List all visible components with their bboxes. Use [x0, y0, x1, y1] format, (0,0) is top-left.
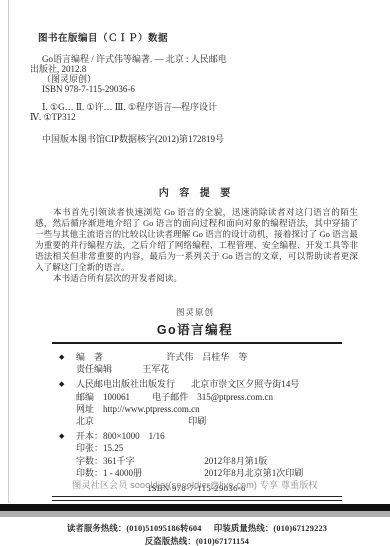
- book-copyright-page: 图书在版编目（ＣＩＰ）数据 Go语言编程 / 许式伟等编著. — 北京 : 人民…: [0, 0, 390, 546]
- sheets: 印张：15.25: [76, 443, 123, 453]
- hotline-line-1: 读者服务热线：(010)51095186转604 印装质量热线：(010)671…: [52, 522, 342, 534]
- edition: 2012年8月第1版: [204, 456, 267, 466]
- cip-section: 图书在版编目（ＣＩＰ）数据 Go语言编程 / 许式伟等编著. — 北京 : 人民…: [0, 0, 390, 144]
- quality-hotline: 印装质量热线：(010)67129223: [214, 524, 327, 533]
- cip-heading: 图书在版编目（ＣＩＰ）数据: [30, 34, 360, 44]
- service-hotline: 读者服务热线：(010)51095186转604: [67, 524, 202, 533]
- abstract-note: 本书适合所有层次的开发者阅读。: [35, 273, 358, 284]
- colophon-row-sheets: 印张：15.25: [52, 442, 342, 454]
- colophon-row-wordcount-edition: 字数：361千字 2012年8月第1版: [52, 455, 342, 467]
- diamond-bullet: ◆: [59, 351, 64, 363]
- colophon-row-publisher: ◆ 人民邮电出版社出版发行 北京市崇文区夕照寺街14号: [52, 378, 342, 390]
- format: 开本：800×1000 1/16: [76, 431, 165, 441]
- email: 电子邮件 315@ptpress.com.cn: [152, 392, 273, 402]
- publisher-address: 北京市崇文区夕照寺街14号: [191, 379, 299, 389]
- scan-bottom-black-bar: [0, 504, 390, 511]
- diamond-bullet: ◆: [59, 430, 64, 442]
- colophon-row-duty-editor: 责任编辑 王军花: [52, 363, 342, 375]
- cip-publication-line-1: Go语言编程 / 许式伟等编著. — 北京 : 人民邮电: [30, 54, 360, 64]
- cip-publication-line-2: 出版社, 2012.8: [30, 64, 360, 74]
- colophon-row-editors: ◆ 编 著 许式伟 吕桂华 等: [52, 351, 342, 363]
- cip-registry-number: 中国版本图书馆CIP数据核字(2012)第172819号: [30, 134, 360, 144]
- scan-edge-line: [8, 0, 9, 503]
- book-masthead: 图灵原创 Go语言编程: [0, 306, 390, 338]
- community-watermark: 图灵社区会员 soooldier(soooldier@live.com) 专享 …: [0, 478, 390, 491]
- printing-info: 2012年8月北京第1次印刷: [204, 468, 303, 478]
- colophon-row-postcode-email: 邮编 100061 电子邮件 315@ptpress.com.cn: [52, 391, 342, 403]
- word-count: 字数：361千字: [76, 455, 202, 467]
- publisher-name: 人民邮电出版社出版发行: [76, 379, 175, 389]
- cip-isbn: ISBN 978-7-115-29036-6: [30, 84, 360, 94]
- diamond-bullet: ◆: [59, 378, 64, 390]
- print-word: 印刷: [188, 416, 206, 426]
- postcode: 邮编 100061: [76, 391, 150, 403]
- abstract-body: 本书首先引领读者快速浏览 Go 语言的全貌，迅速消除读者对这门语言的陌生感，然后…: [35, 207, 358, 273]
- cip-series-note: （图灵原创）: [30, 74, 360, 84]
- website: 网址 http://www.ptpress.com.cn: [76, 404, 200, 414]
- colophon-row-printer: 北京 印刷: [52, 415, 342, 427]
- editor-names: 许式伟 吕桂华 等: [166, 352, 247, 362]
- abstract-section: 内 容 提 要 本书首先引领读者快速浏览 Go 语言的全貌，迅速消除读者对这门语…: [35, 184, 358, 284]
- hotline-line-2: 反盗版热线：(010)67171154: [52, 535, 342, 546]
- book-title: Go语言编程: [0, 320, 390, 338]
- colophon-row-format: ◆ 开本：800×1000 1/16: [52, 430, 342, 442]
- anti-piracy-hotline: 反盗版热线：(010)67171154: [145, 537, 249, 546]
- series-name: 图灵原创: [0, 306, 390, 318]
- title-rule: [52, 342, 342, 344]
- scan-bottom-gray-bar: [0, 511, 390, 517]
- abstract-title: 内 容 提 要: [35, 184, 358, 199]
- price-rule: [52, 496, 342, 501]
- duty-editor-name: 王军花: [142, 364, 169, 374]
- print-city: 北京: [76, 415, 186, 427]
- duty-editor-label: 责任编辑: [76, 363, 140, 375]
- editor-label: 编 著: [76, 351, 164, 363]
- cip-classification-line-1: Ⅰ. ①G… Ⅱ. ①许… Ⅲ. ①程序语言—程序设计: [30, 102, 360, 112]
- cip-classification-line-2: Ⅳ. ①TP312: [30, 112, 360, 122]
- colophon-row-website: 网址 http://www.ptpress.com.cn: [52, 403, 342, 415]
